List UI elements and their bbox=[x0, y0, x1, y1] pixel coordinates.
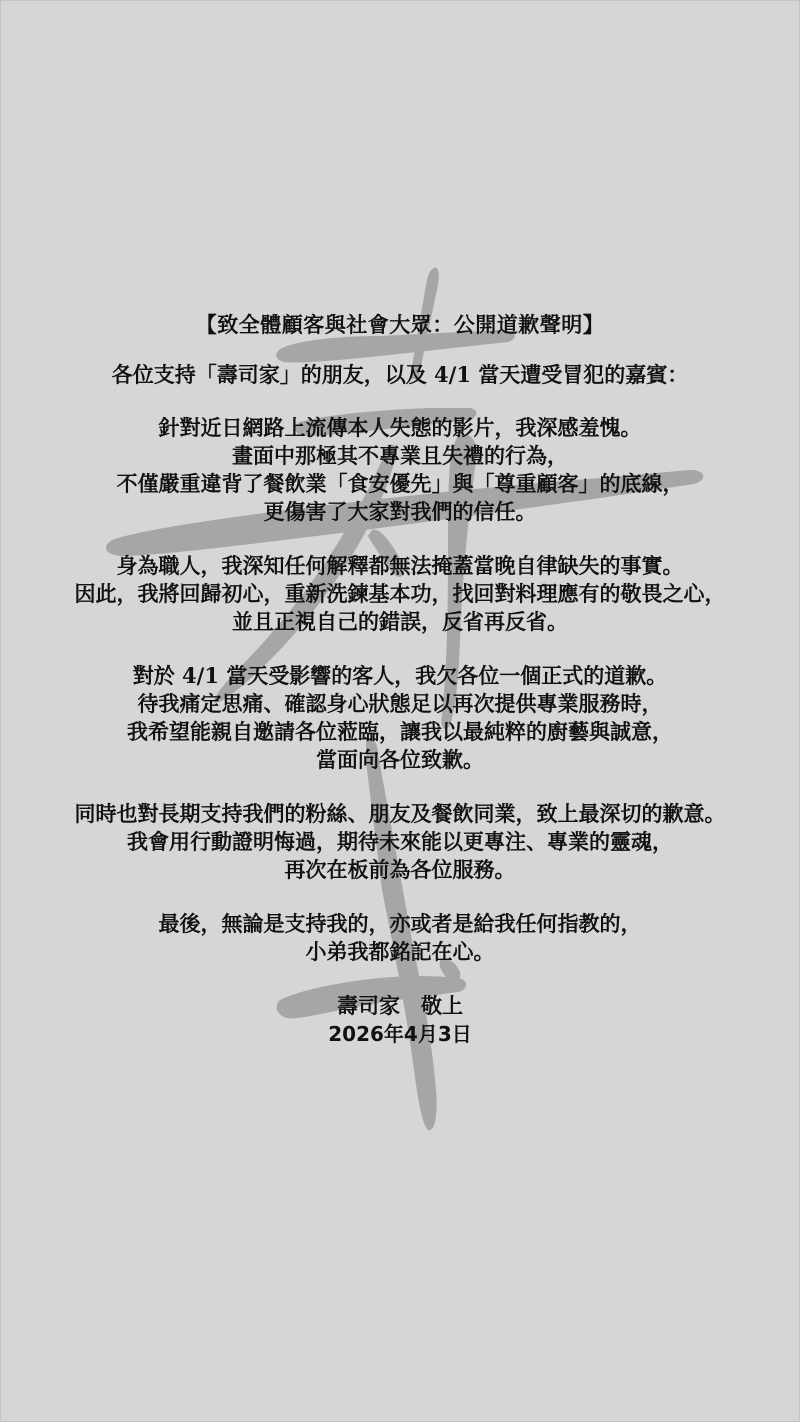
paragraph-line: 更傷害了大家對我們的信任。 bbox=[0, 498, 800, 526]
paragraph-line: 畫面中那極其不專業且失禮的行為， bbox=[0, 442, 800, 470]
paragraph-line: 因此，我將回歸初心，重新洗鍊基本功，找回對料理應有的敬畏之心， bbox=[0, 580, 800, 608]
paragraph-line: 當面向各位致歉。 bbox=[0, 746, 800, 774]
paragraph-2: 身為職人，我深知任何解釋都無法掩蓋當晚自律缺失的事實。 因此，我將回歸初心，重新… bbox=[0, 552, 800, 636]
paragraph-line: 待我痛定思痛、確認身心狀態足以再次提供專業服務時， bbox=[0, 690, 800, 718]
signoff-block: 壽司家 敬上 2026年4月3日 bbox=[0, 992, 800, 1048]
paragraph-1: 針對近日網路上流傳本人失態的影片，我深感羞愧。 畫面中那極其不專業且失禮的行為，… bbox=[0, 414, 800, 526]
paragraph-line: 最後，無論是支持我的，亦或者是給我任何指教的， bbox=[0, 910, 800, 938]
paragraph-line: 針對近日網路上流傳本人失態的影片，我深感羞愧。 bbox=[0, 414, 800, 442]
paragraph-line: 再次在板前為各位服務。 bbox=[0, 856, 800, 884]
paragraph-line: 我希望能親自邀請各位蒞臨，讓我以最純粹的廚藝與誠意， bbox=[0, 718, 800, 746]
paragraph-3: 對於 4/1 當天受影響的客人，我欠各位一個正式的道歉。 待我痛定思痛、確認身心… bbox=[0, 662, 800, 774]
statement-date: 2026年4月3日 bbox=[0, 1020, 800, 1048]
paragraph-line: 不僅嚴重違背了餐飲業「食安優先」與「尊重顧客」的底線， bbox=[0, 470, 800, 498]
statement-title: 【致全體顧客與社會大眾：公開道歉聲明】 bbox=[0, 310, 800, 340]
salutation-text: 各位支持「壽司家」的朋友，以及 4/1 當天遭受冒犯的嘉賓： bbox=[112, 362, 689, 387]
paragraph-line: 小弟我都銘記在心。 bbox=[0, 938, 800, 966]
paragraph-line: 並且正視自己的錯誤，反省再反省。 bbox=[0, 608, 800, 636]
salutation: 各位支持「壽司家」的朋友，以及 4/1 當天遭受冒犯的嘉賓： bbox=[0, 360, 800, 390]
paragraph-line: 同時也對長期支持我們的粉絲、朋友及餐飲同業，致上最深切的歉意。 bbox=[0, 800, 800, 828]
paragraph-4: 同時也對長期支持我們的粉絲、朋友及餐飲同業，致上最深切的歉意。 我會用行動證明悔… bbox=[0, 800, 800, 884]
paragraph-5: 最後，無論是支持我的，亦或者是給我任何指教的， 小弟我都銘記在心。 bbox=[0, 910, 800, 966]
signature: 壽司家 敬上 bbox=[0, 992, 800, 1020]
paragraph-line: 身為職人，我深知任何解釋都無法掩蓋當晚自律缺失的事實。 bbox=[0, 552, 800, 580]
paragraph-line: 我會用行動證明悔過，期待未來能以更專注、專業的靈魂， bbox=[0, 828, 800, 856]
apology-statement: 【致全體顧客與社會大眾：公開道歉聲明】 各位支持「壽司家」的朋友，以及 4/1 … bbox=[0, 310, 800, 1048]
paragraph-line: 對於 4/1 當天受影響的客人，我欠各位一個正式的道歉。 bbox=[0, 662, 800, 690]
